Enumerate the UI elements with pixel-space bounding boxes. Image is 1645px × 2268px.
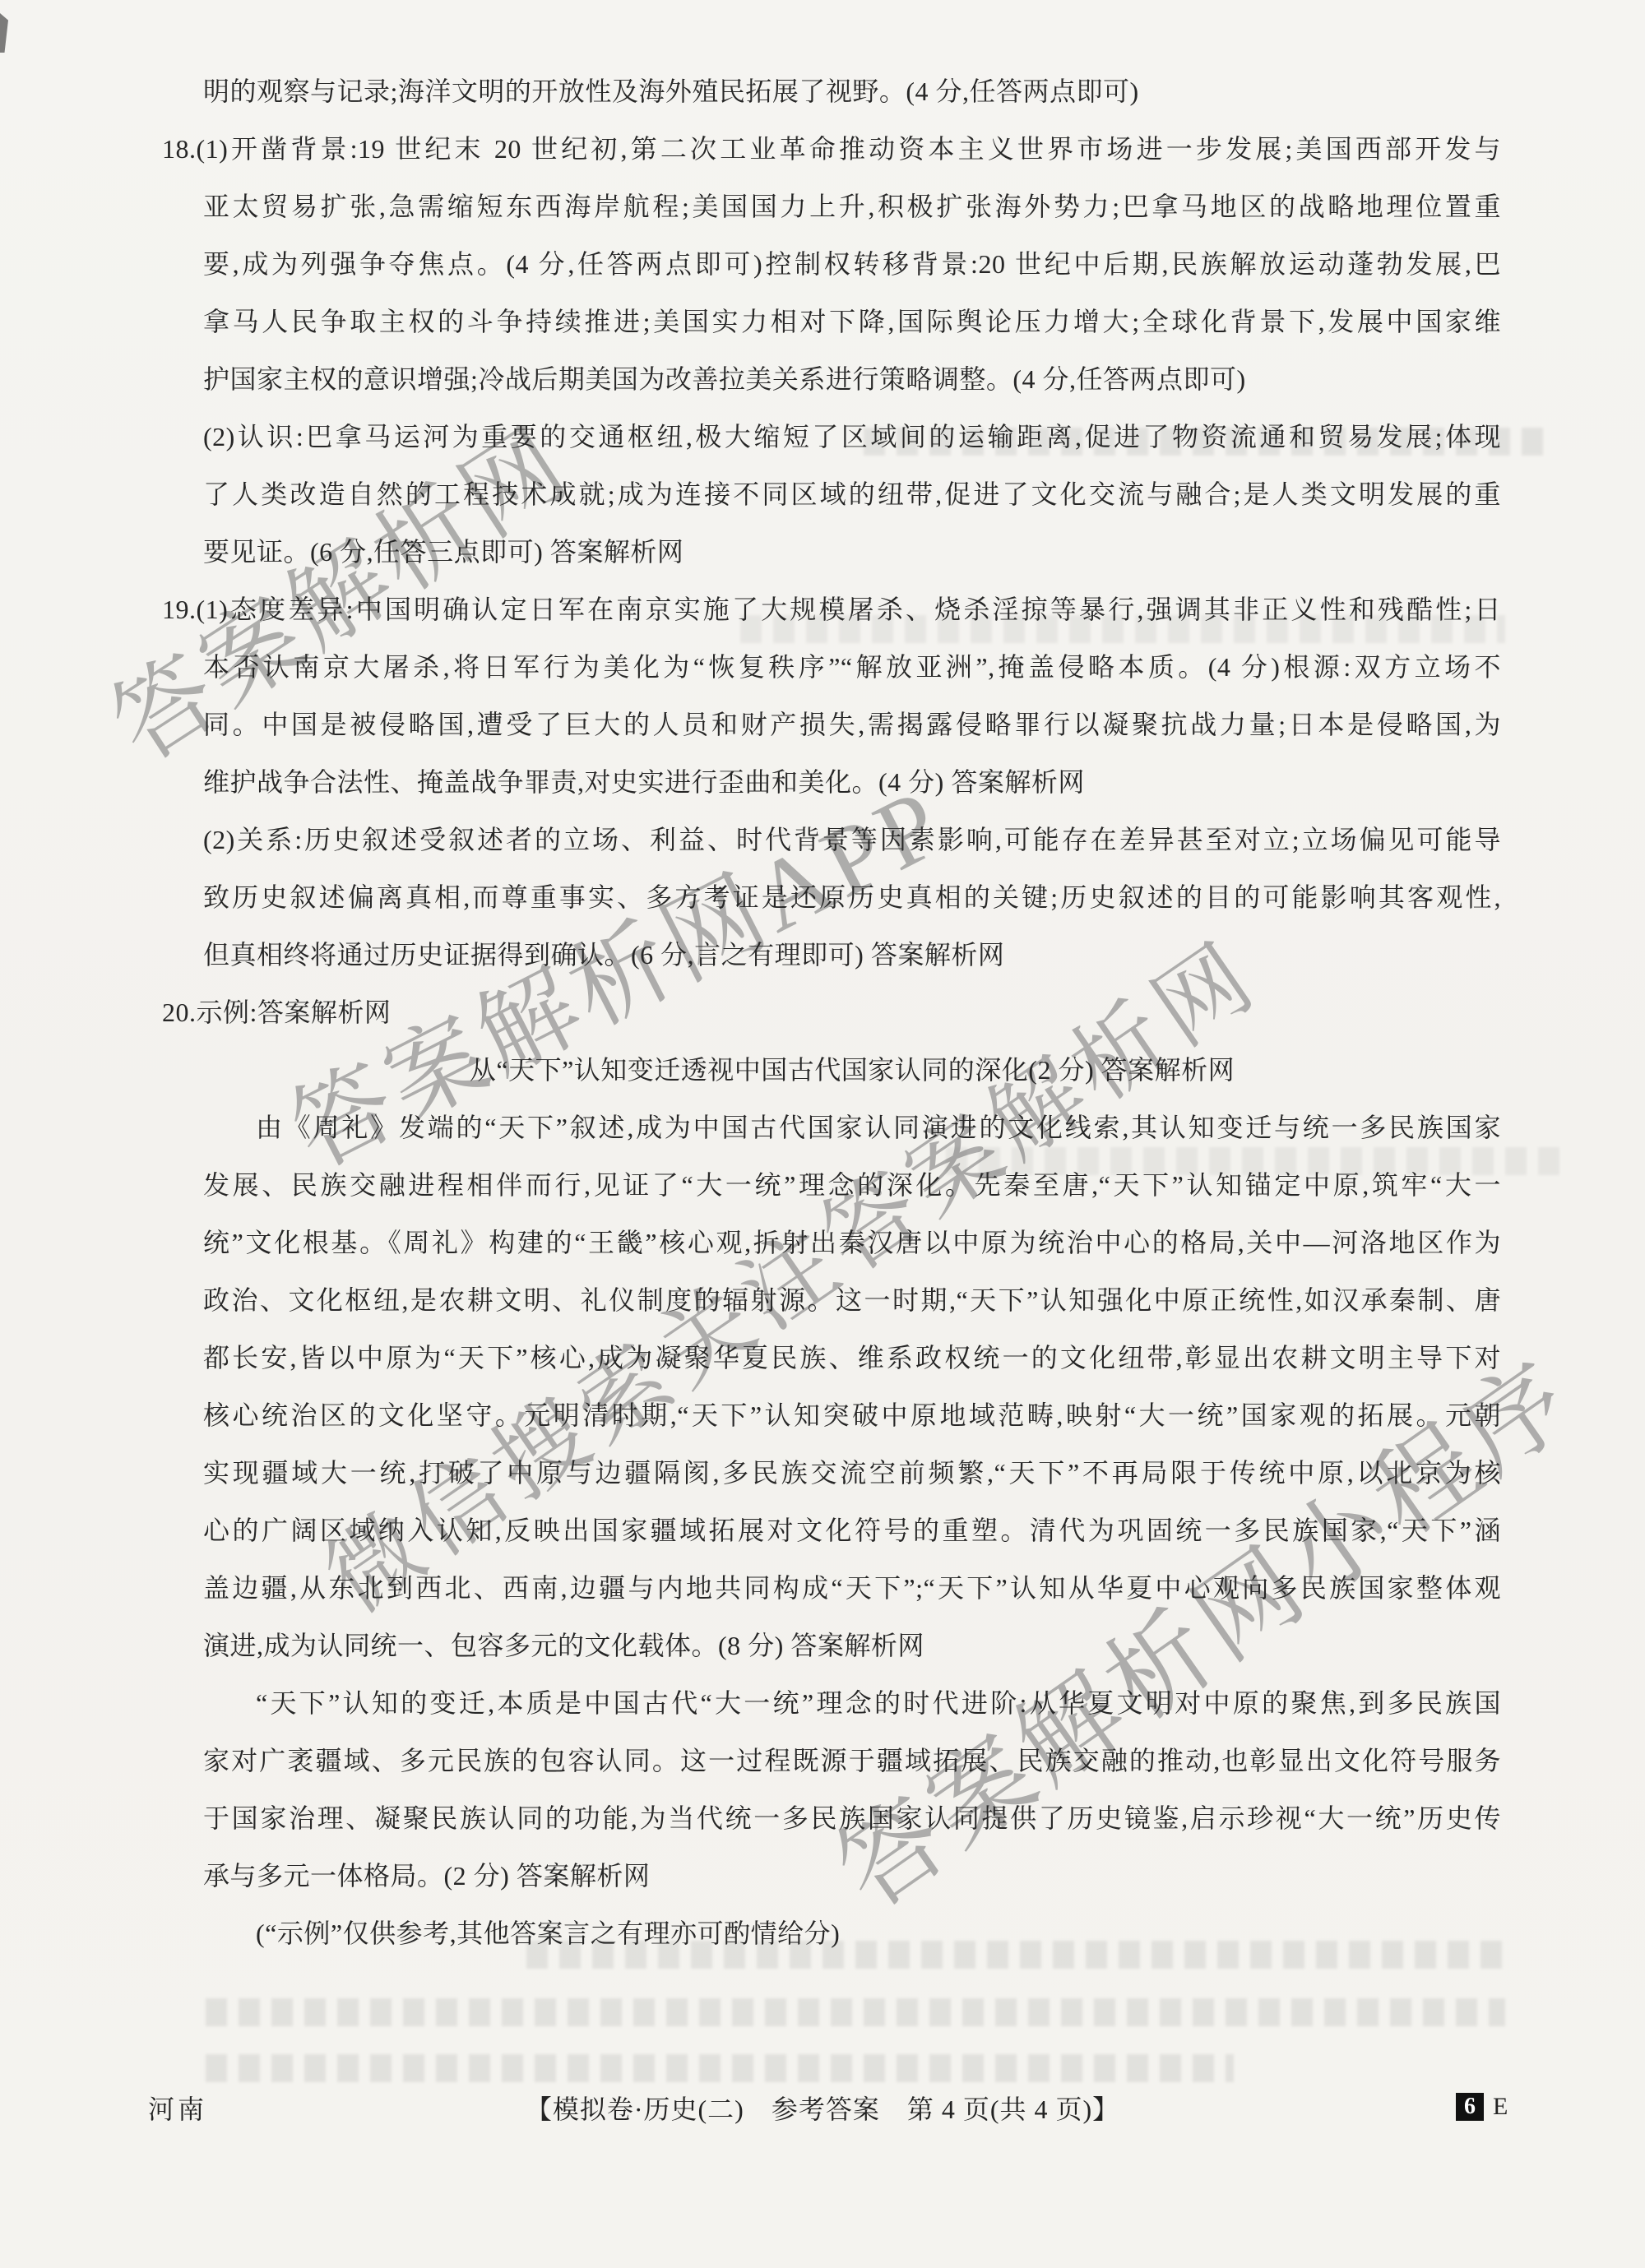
text-line: 于国家治理、凝聚民族认同的功能,为当代统一多民族国家认同提供了历史镜鉴,启示珍视…: [203, 1789, 1501, 1847]
scanned-answer-page: 答案解析网答案解析网APP微信搜索关注答案解析网答案解析网小程序 明的观察与记录…: [0, 0, 1645, 2268]
text-line: 但真相终将通过历史证据得到确认。(6 分,言之有理即可) 答案解析网: [203, 926, 1501, 984]
footer-title-pagination: 【模拟卷·历史(二) 参考答案 第 4 页(共 4 页)】: [0, 2091, 1645, 2127]
text-line: 19.(1)态度差异:中国明确认定日军在南京实施了大规模屠杀、烧杀淫掠等暴行,强…: [203, 581, 1501, 638]
text-line: 家对广袤疆域、多元民族的包容认同。这一过程既源于疆域拓展、民族交融的推动,也彰显…: [203, 1732, 1501, 1789]
text-line: 致历史叙述偏离真相,而尊重事实、多方考证是还原历史真相的关键;历史叙述的目的可能…: [203, 868, 1501, 926]
bleed-artifact: [206, 2054, 1234, 2082]
text-line: 维护战争合法性、掩盖战争罪责,对史实进行歪曲和美化。(4 分) 答案解析网: [203, 753, 1501, 811]
text-line: 要见证。(6 分,任答三点即可) 答案解析网: [203, 523, 1501, 581]
footer-badge-suffix: E: [1493, 2093, 1508, 2121]
text-line: 统”文化根基。《周礼》构建的“王畿”核心观,折射出秦汉唐以中原为统治中心的格局,…: [203, 1214, 1501, 1271]
text-line: 实现疆域大一统,打破了中原与边疆隔阂,多民族交流空前频繁,“天下”不再局限于传统…: [203, 1444, 1501, 1502]
text-line: 都长安,皆以中原为“天下”核心,成为凝聚华夏民族、维系政权统一的文化纽带,彰显出…: [203, 1329, 1501, 1386]
text-line: 18.(1)开凿背景:19 世纪末 20 世纪初,第二次工业革命推动资本主义世界…: [203, 120, 1501, 178]
text-line: (2)认识:巴拿马运河为重要的交通枢纽,极大缩短了区域间的运输距离,促进了物资流…: [203, 408, 1501, 465]
page-footer: 河南 【模拟卷·历史(二) 参考答案 第 4 页(共 4 页)】 6 E: [0, 2091, 1645, 2131]
footer-badge-number: 6: [1456, 2093, 1484, 2121]
text-line: 演进,成为认同统一、包容多元的文化载体。(8 分) 答案解析网: [203, 1617, 1501, 1674]
text-line: 从“天下”认知变迁透视中国古代国家认同的深化(2 分) 答案解析网: [203, 1041, 1501, 1099]
text-line: “天下”认知的变迁,本质是中国古代“大一统”理念的时代进阶:从华夏文明对中原的聚…: [203, 1674, 1501, 1732]
text-line: 由《周礼》发端的“天下”叙述,成为中国古代国家认同演进的文化线索,其认知变迁与统…: [203, 1099, 1501, 1156]
text-line: 发展、民族交融进程相伴而行,见证了“大一统”理念的深化。先秦至唐,“天下”认知锚…: [203, 1156, 1501, 1214]
text-line: 拿马人民争取主权的斗争持续推进;美国实力相对下降,国际舆论压力增大;全球化背景下…: [203, 293, 1501, 350]
text-line: 护国家主权的意识增强;冷战后期美国为改善拉美关系进行策略调整。(4 分,任答两点…: [203, 350, 1501, 408]
text-line: 亚太贸易扩张,急需缩短东西海岸航程;美国国力上升,积极扩张海外势力;巴拿马地区的…: [203, 178, 1501, 235]
text-line: 承与多元一体格局。(2 分) 答案解析网: [203, 1847, 1501, 1905]
text-line: 20.示例:答案解析网: [203, 984, 1501, 1041]
text-line: 心的广阔区域纳入认知,反映出国家疆域拓展对文化符号的重塑。清代为巩固统一多民族国…: [203, 1502, 1501, 1559]
text-line: 盖边疆,从东北到西北、西南,边疆与内地共同构成“天下”;“天下”认知从华夏中心观…: [203, 1559, 1501, 1617]
text-line: (“示例”仅供参考,其他答案言之有理亦可酌情给分): [203, 1905, 1501, 1962]
answer-text-block: 明的观察与记录;海洋文明的开放性及海外殖民拓展了视野。(4 分,任答两点即可)1…: [0, 62, 1645, 1962]
footer-code-badge: 6 E: [1456, 2093, 1508, 2121]
bleed-artifact: [206, 1998, 1505, 2026]
text-line: (2)关系:历史叙述受叙述者的立场、利益、时代背景等因素影响,可能存在差异甚至对…: [203, 811, 1501, 868]
text-line: 明的观察与记录;海洋文明的开放性及海外殖民拓展了视野。(4 分,任答两点即可): [203, 62, 1501, 120]
scan-corner-artifact: [0, 13, 8, 53]
text-line: 核心统治区的文化坚守。元明清时期,“天下”认知突破中原地域范畴,映射“大一统”国…: [203, 1386, 1501, 1444]
text-line: 本否认南京大屠杀,将日军行为美化为“恢复秩序”“解放亚洲”,掩盖侵略本质。(4 …: [203, 638, 1501, 696]
text-line: 政治、文化枢纽,是农耕文明、礼仪制度的辐射源。这一时期,“天下”认知强化中原正统…: [203, 1271, 1501, 1329]
text-line: 了人类改造自然的工程技术成就;成为连接不同区域的纽带,促进了文化交流与融合;是人…: [203, 465, 1501, 523]
text-line: 同。中国是被侵略国,遭受了巨大的人员和财产损失,需揭露侵略罪行以凝聚抗战力量;日…: [203, 696, 1501, 753]
text-line: 要,成为列强争夺焦点。(4 分,任答两点即可)控制权转移背景:20 世纪中后期,…: [203, 235, 1501, 293]
